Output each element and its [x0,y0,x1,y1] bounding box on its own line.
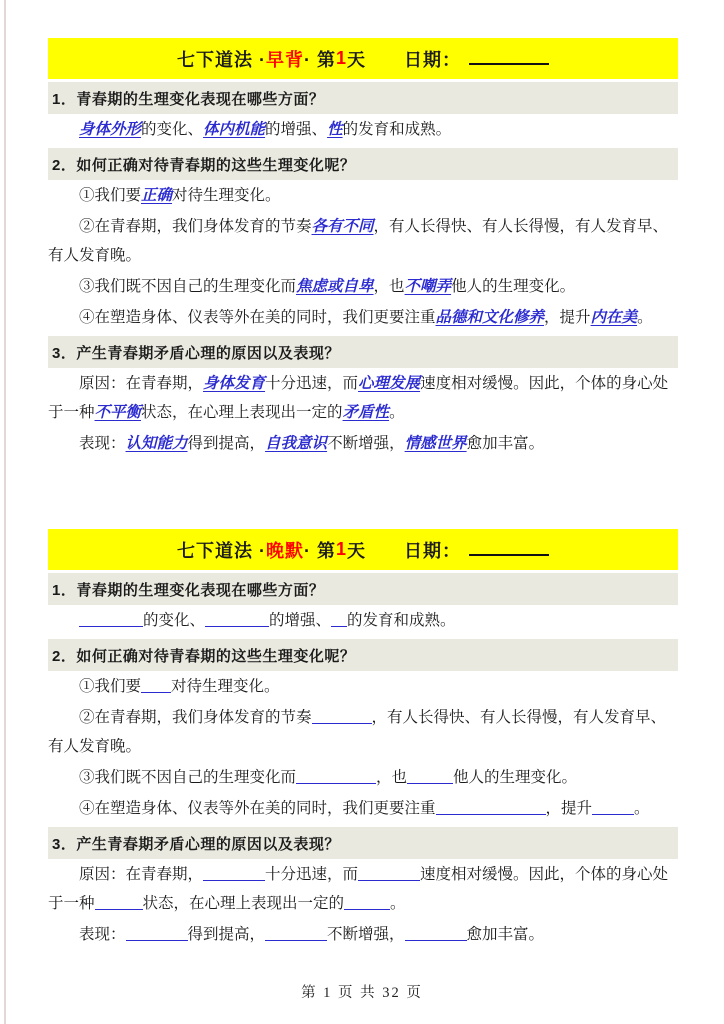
text-run: 他人的生理变化。 [453,769,577,786]
question-bar: 2．如何正确对待青春期的这些生理变化呢？ [48,148,678,180]
answer-paragraph: ④在塑造身体、仪表等外在美的同时，我们更要注重品德和文化修养，提升内在美。 [48,302,678,333]
text-run: 天 [347,46,366,72]
header-highlight-text: 1 [336,539,347,560]
text-run: 的发育和成熟。 [347,612,456,629]
question-bar: 2．如何正确对待青春期的这些生理变化呢？ [48,639,678,671]
section-header-bar: 七下道法 · 晚默 · 第 1 天日期： [48,529,678,570]
text-run: 天 [347,537,366,563]
text-run: ，也 [376,769,407,786]
text-run: 十分迅速，而 [265,375,358,392]
fill-in-blank [296,770,376,784]
fill-in-blank [407,770,453,784]
answer-paragraph: ②在青春期，我们身体发育的节奏，有人长得快、有人长得慢，有人发育早、有人发育晚。 [48,702,678,762]
text-run: 状态，在心理上表现出一定的 [141,404,343,421]
text-run: ③我们既不因自己的生理变化而 [79,278,296,295]
worksheet-section-evening-dictation: 七下道法 · 晚默 · 第 1 天日期：1．青春期的生理变化表现在哪些方面？的变… [48,529,678,950]
answer-key-text: 焦虑或自卑 [296,278,374,295]
text-run: ③我们既不因自己的生理变化而 [79,769,296,786]
answer-paragraph: ③我们既不因自己的生理变化而，也他人的生理变化。 [48,762,678,793]
text-run: · 第 [304,537,336,563]
text-run: ，也 [374,278,405,295]
fill-in-blank [265,927,327,941]
text-run: 原因：在青春期， [79,375,203,392]
sections-container: 七下道法 · 早背 · 第 1 天日期：1．青春期的生理变化表现在哪些方面？身体… [48,38,678,950]
answer-paragraph: ②在青春期，我们身体发育的节奏各有不同，有人长得快、有人长得慢，有人发育早、有人… [48,211,678,271]
text-run: 对待生理变化。 [171,678,280,695]
fill-in-blank [405,927,467,941]
question-bar: 1．青春期的生理变化表现在哪些方面？ [48,82,678,114]
text-run: 。 [637,309,653,326]
text-run: 七下道法 · [177,46,266,72]
text-run: 对待生理变化。 [172,187,281,204]
date-label: 日期： [404,537,461,563]
answer-key-text: 品德和文化修养 [436,309,545,326]
header-highlight-text: 早背 [266,46,304,72]
answer-paragraph: 表现：认知能力得到提高，自我意识不断增强，情感世界愈加丰富。 [48,428,678,459]
text-run: 的增强、 [269,612,331,629]
text-run: 的增强、 [265,121,327,138]
fill-in-blank [331,613,347,627]
answer-paragraph: ④在塑造身体、仪表等外在美的同时，我们更要注重，提升。 [48,793,678,824]
answer-key-text: 体内机能 [203,121,265,138]
answer-paragraph: 表现：得到提高，不断增强，愈加丰富。 [48,919,678,950]
page-footer-pagination: 第 1 页 共 32 页 [0,981,724,1002]
text-run: 表现： [79,435,126,452]
fill-in-blank [312,710,372,724]
text-run: 他人的生理变化。 [451,278,575,295]
worksheet-section-morning-recite: 七下道法 · 早背 · 第 1 天日期：1．青春期的生理变化表现在哪些方面？身体… [48,38,678,459]
text-run: 的变化、 [143,612,205,629]
text-run: 愈加丰富。 [467,435,545,452]
fill-in-blank [205,613,269,627]
worksheet-page: 七下道法 · 早背 · 第 1 天日期：1．青春期的生理变化表现在哪些方面？身体… [0,0,724,1024]
date-blank-line [469,53,549,65]
fill-in-blank [436,801,546,815]
question-bar: 1．青春期的生理变化表现在哪些方面？ [48,573,678,605]
text-run: ②在青春期，我们身体发育的节奏 [79,709,312,726]
header-highlight-text: 晚默 [266,537,304,563]
fill-in-blank [358,867,420,881]
text-run: 愈加丰富。 [467,926,545,943]
answer-key-text: 认知能力 [126,435,188,452]
answer-paragraph: 原因：在青春期，十分迅速，而速度相对缓慢。因此，个体的身心处于一种状态，在心理上… [48,859,678,919]
answer-key-text: 不嘲弄 [405,278,452,295]
answer-key-text: 正确 [141,187,172,204]
text-run: 。 [634,800,650,817]
text-run: 得到提高， [188,435,266,452]
fill-in-blank [592,801,634,815]
text-run: 状态，在心理上表现出一定的 [143,895,345,912]
answer-paragraph: ①我们要正确对待生理变化。 [48,180,678,211]
text-run: ，提升 [544,309,591,326]
answer-paragraph: ①我们要对待生理变化。 [48,671,678,702]
section-header-bar: 七下道法 · 早背 · 第 1 天日期： [48,38,678,79]
text-run: ④在塑造身体、仪表等外在美的同时，我们更要注重 [79,309,436,326]
answer-key-text: 心理发展 [358,375,420,392]
text-run: 不断增强， [327,926,405,943]
answer-key-text: 身体外形 [79,121,141,138]
answer-key-text: 性 [327,121,343,138]
answer-key-text: 不平衡 [95,404,142,421]
answer-paragraph: 身体外形的变化、体内机能的增强、性的发育和成熟。 [48,114,678,145]
answer-key-text: 情感世界 [405,435,467,452]
text-run: 十分迅速，而 [265,866,358,883]
header-highlight-text: 1 [336,48,347,69]
text-run: 表现： [79,926,126,943]
answer-key-text: 矛盾性 [343,404,390,421]
fill-in-blank [344,896,390,910]
fill-in-blank [79,613,143,627]
text-run: ①我们要 [79,678,141,695]
question-bar: 3．产生青春期矛盾心理的原因以及表现？ [48,336,678,368]
answer-key-text: 各有不同 [312,218,374,235]
text-run: 原因：在青春期， [79,866,203,883]
fill-in-blank [126,927,188,941]
text-run: ①我们要 [79,187,141,204]
answer-paragraph: 原因：在青春期，身体发育十分迅速，而心理发展速度相对缓慢。因此，个体的身心处于一… [48,368,678,428]
page-edge-line [4,0,6,1024]
answer-key-text: 身体发育 [203,375,265,392]
text-run: 不断增强， [327,435,405,452]
text-run: ④在塑造身体、仪表等外在美的同时，我们更要注重 [79,800,436,817]
text-run: 得到提高， [188,926,266,943]
answer-paragraph: ③我们既不因自己的生理变化而焦虑或自卑，也不嘲弄他人的生理变化。 [48,271,678,302]
worksheet-content: 七下道法 · 早背 · 第 1 天日期：1．青春期的生理变化表现在哪些方面？身体… [48,38,678,950]
fill-in-blank [141,679,171,693]
text-run: 七下道法 · [177,537,266,563]
text-run: · 第 [304,46,336,72]
text-run: ，提升 [546,800,593,817]
fill-in-blank [203,867,265,881]
text-run: 。 [389,404,405,421]
fill-in-blank [95,896,143,910]
question-bar: 3．产生青春期矛盾心理的原因以及表现？ [48,827,678,859]
answer-paragraph: 的变化、的增强、的发育和成熟。 [48,605,678,636]
text-run: ②在青春期，我们身体发育的节奏 [79,218,312,235]
text-run: 的发育和成熟。 [343,121,452,138]
text-run: 。 [390,895,406,912]
answer-key-text: 内在美 [591,309,638,326]
text-run: 的变化、 [141,121,203,138]
answer-key-text: 自我意识 [265,435,327,452]
date-blank-line [469,544,549,556]
date-label: 日期： [404,46,461,72]
